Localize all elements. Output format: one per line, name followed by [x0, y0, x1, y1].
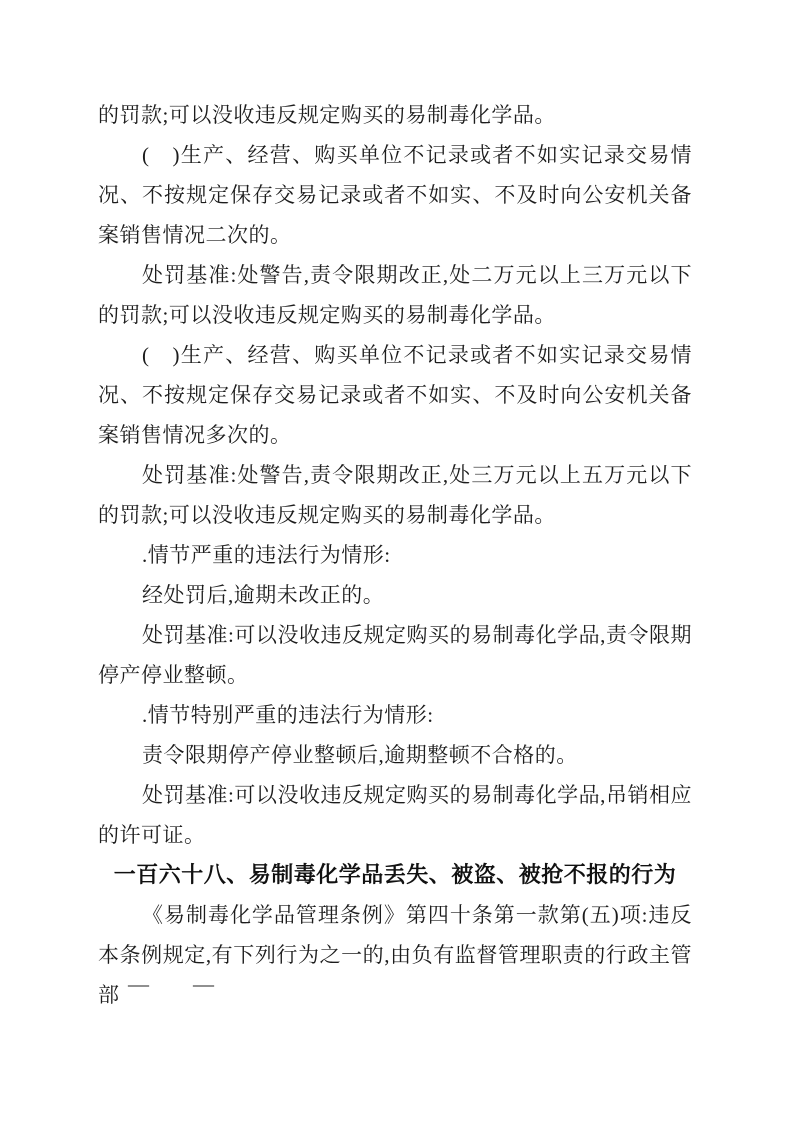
paragraph-serious-circumstance-item: 经处罚后,逾期未改正的。	[98, 575, 692, 615]
paragraph-regulation-citation: 《易制毒化学品管理条例》第四十条第一款第(五)项:违反本条例规定,有下列行为之一…	[98, 895, 692, 1015]
paragraph-penalty-standard: 处罚基准:可以没收违反规定购买的易制毒化学品,责令限期停产停业整顿。	[98, 615, 692, 695]
paragraph-extra-serious-circumstance-title: .情节特别严重的违法行为情形:	[98, 695, 692, 735]
paragraph-penalty-standard: 处罚基准:处警告,责令限期改正,处二万元以上三万元以下的罚款;可以没收违反规定购…	[98, 255, 692, 335]
paragraph-extra-serious-circumstance-item: 责令限期停产停业整顿后,逾期整顿不合格的。	[98, 735, 692, 775]
document-body: 的罚款;可以没收违反规定购买的易制毒化学品。 ( )生产、经营、购买单位不记录或…	[98, 95, 692, 1015]
paragraph-violation-item: ( )生产、经营、购买单位不记录或者不如实记录交易情况、不按规定保存交易记录或者…	[98, 335, 692, 455]
page-number-dash-right: —	[193, 972, 214, 996]
section-heading: 一百六十八、易制毒化学品丢失、被盗、被抢不报的行为	[98, 855, 692, 895]
paragraph-serious-circumstance-title: .情节严重的违法行为情形:	[98, 535, 692, 575]
document-page: 的罚款;可以没收违反规定购买的易制毒化学品。 ( )生产、经营、购买单位不记录或…	[0, 0, 793, 1122]
page-footer: — —	[128, 972, 214, 996]
paragraph-violation-item: ( )生产、经营、购买单位不记录或者不如实记录交易情况、不按规定保存交易记录或者…	[98, 135, 692, 255]
paragraph-penalty-standard: 处罚基准:可以没收违反规定购买的易制毒化学品,吊销相应的许可证。	[98, 775, 692, 855]
paragraph-continuation: 的罚款;可以没收违反规定购买的易制毒化学品。	[98, 95, 692, 135]
page-number-dash-left: —	[128, 972, 149, 996]
paragraph-penalty-standard: 处罚基准:处警告,责令限期改正,处三万元以上五万元以下的罚款;可以没收违反规定购…	[98, 455, 692, 535]
